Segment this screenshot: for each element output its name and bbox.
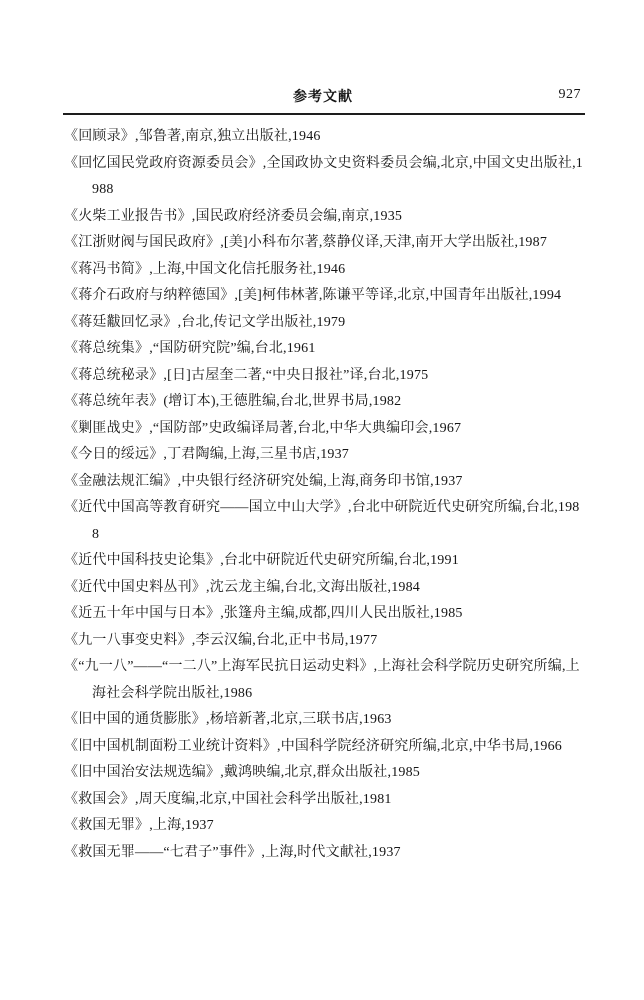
bibliography-entry: 《蒋总统年表》(增订本),王德胜编,台北,世界书局,1982	[64, 389, 584, 416]
bibliography-entry: 《近五十年中国与日本》,张篷舟主编,成都,四川人民出版社,1985	[64, 601, 584, 628]
bibliography-list: 《回顾录》,邹鲁著,南京,独立出版社,1946 《回忆国民党政府资源委员会》,全…	[64, 124, 584, 866]
bibliography-entry: 《蒋介石政府与纳粹德国》,[美]柯伟林著,陈谦平等译,北京,中国青年出版社,19…	[64, 283, 584, 310]
running-header: 参考文献 927	[63, 86, 583, 108]
bibliography-entry: 《江浙财阀与国民政府》,[美]小科布尔著,蔡静仪译,天津,南开大学出版社,198…	[64, 230, 584, 257]
bibliography-entry: 《“九一八”——“一二八”上海军民抗日运动史料》,上海社会科学院历史研究所编,上…	[64, 654, 584, 707]
bibliography-entry: 《九一八事变史料》,李云汉编,台北,正中书局,1977	[64, 628, 584, 655]
bibliography-entry: 《救国会》,周天度编,北京,中国社会科学出版社,1981	[64, 787, 584, 814]
bibliography-entry: 《旧中国机制面粉工业统计资料》,中国科学院经济研究所编,北京,中华书局,1966	[64, 734, 584, 761]
bibliography-entry: 《旧中国治安法规选编》,戴鸿映编,北京,群众出版社,1985	[64, 760, 584, 787]
bibliography-entry: 《金融法规汇编》,中央银行经济研究处编,上海,商务印书馆,1937	[64, 469, 584, 496]
bibliography-entry: 《蒋廷黻回忆录》,台北,传记文学出版社,1979	[64, 310, 584, 337]
bibliography-entry: 《蒋总统集》,“国防研究院”编,台北,1961	[64, 336, 584, 363]
bibliography-entry: 《火柴工业报告书》,国民政府经济委员会编,南京,1935	[64, 204, 584, 231]
bibliography-entry: 《今日的绥远》,丁君陶编,上海,三星书店,1937	[64, 442, 584, 469]
bibliography-entry: 《回忆国民党政府资源委员会》,全国政协文史资料委员会编,北京,中国文史出版社,1…	[64, 151, 584, 204]
bibliography-entry: 《近代中国史料丛刊》,沈云龙主编,台北,文海出版社,1984	[64, 575, 584, 602]
bibliography-entry: 《救国无罪》,上海,1937	[64, 813, 584, 840]
bibliography-entry: 《蒋冯书简》,上海,中国文化信托服务社,1946	[64, 257, 584, 284]
bibliography-entry: 《旧中国的通货膨胀》,杨培新著,北京,三联书店,1963	[64, 707, 584, 734]
bibliography-entry: 《近代中国科技史论集》,台北中研院近代史研究所编,台北,1991	[64, 548, 584, 575]
bibliography-entry: 《救国无罪——“七君子”事件》,上海,时代文献社,1937	[64, 840, 584, 867]
bibliography-entry: 《蒋总统秘录》,[日]古屋奎二著,“中央日报社”译,台北,1975	[64, 363, 584, 390]
page-number: 927	[559, 87, 582, 103]
header-rule-divider	[63, 113, 585, 115]
bibliography-entry: 《近代中国高等教育研究——国立中山大学》,台北中研院近代史研究所编,台北,198…	[64, 495, 584, 548]
bibliography-entry: 《剿匪战史》,“国防部”史政编译局著,台北,中华大典编印会,1967	[64, 416, 584, 443]
book-page: 参考文献 927 《回顾录》,邹鲁著,南京,独立出版社,1946 《回忆国民党政…	[0, 0, 644, 1000]
bibliography-entry: 《回顾录》,邹鲁著,南京,独立出版社,1946	[64, 124, 584, 151]
chapter-title: 参考文献	[63, 86, 583, 106]
